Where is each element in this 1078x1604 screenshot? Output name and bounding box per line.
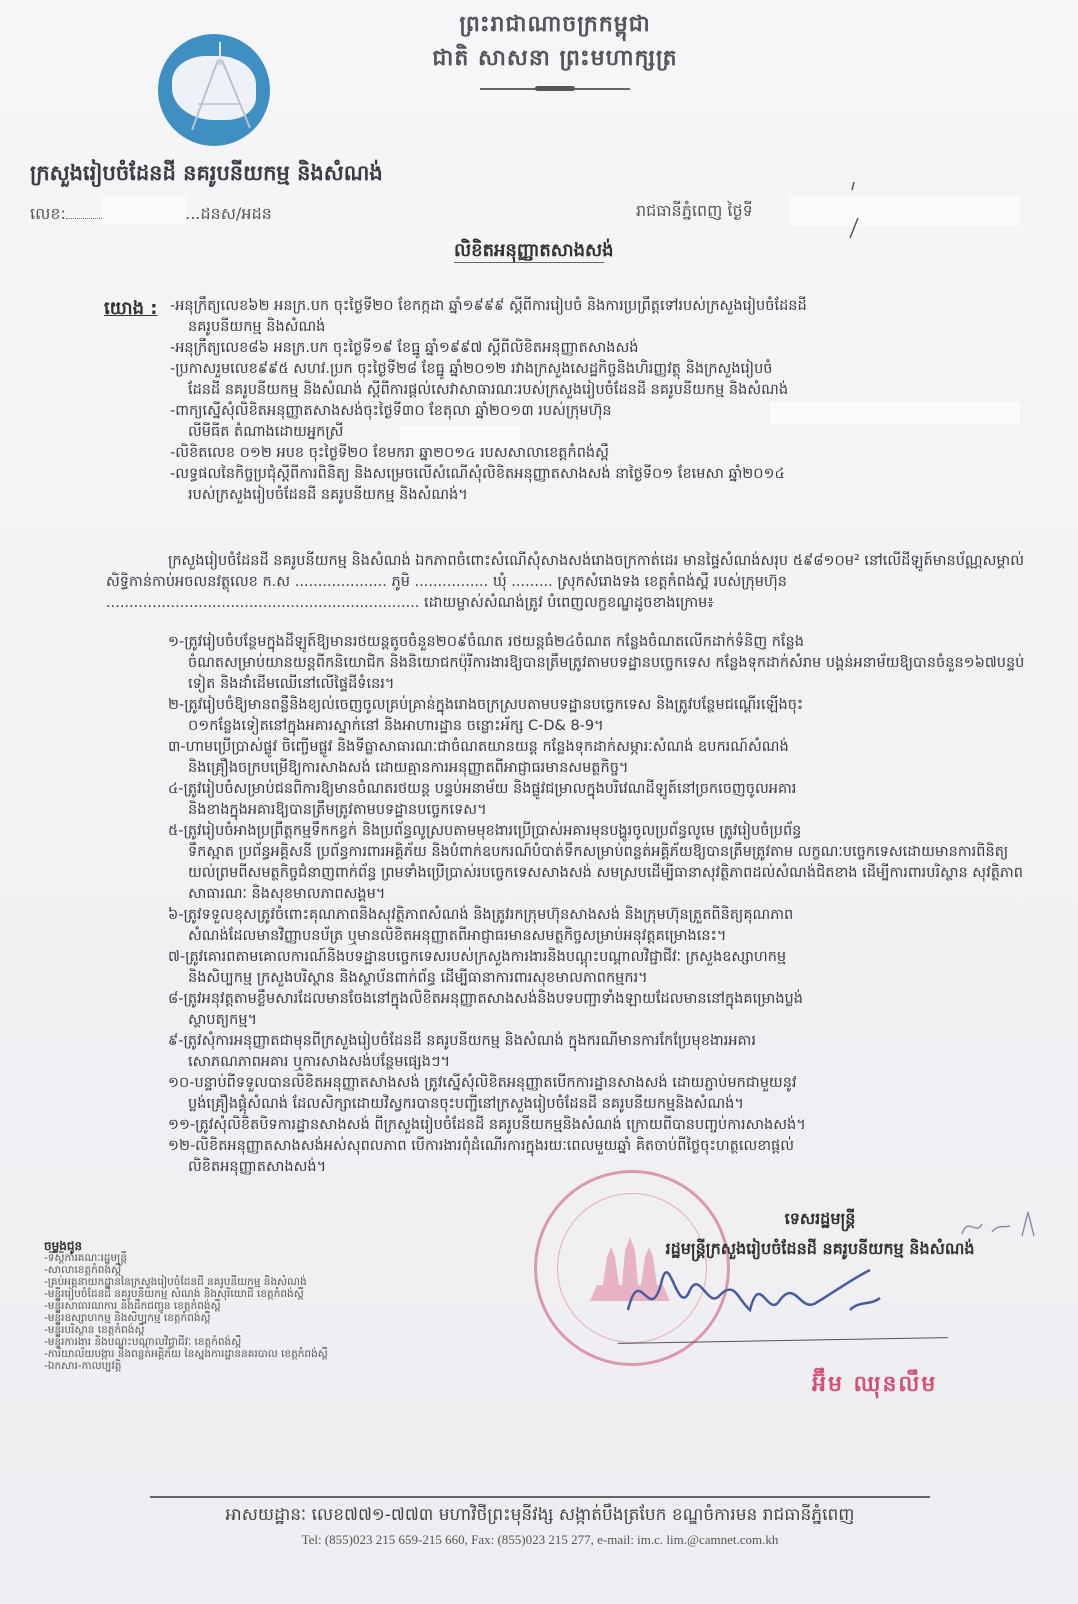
copy-to-item: -ការិយាល័យបង្ការ និងពន្លត់អគ្គិភ័យ នៃស្ន… <box>44 1348 328 1360</box>
copy-to-item: -ទីស្តីការគណៈរដ្ឋមន្ត្រី <box>44 1252 328 1264</box>
redacted-box <box>400 426 520 448</box>
copy-to-item: -គ្រប់អគ្គនាយកដ្ឋាននៃក្រសួងរៀបចំដែនដី នគ… <box>44 1276 328 1288</box>
condition-item: ៤-ត្រូវរៀបចំសម្រាប់ជនពិការឱ្យមានចំណតរថយន… <box>168 779 1030 821</box>
copy-to-item: -មន្ទីរបរិស្ថាន ខេត្តកំពង់ស្ពឺ <box>44 1324 328 1336</box>
condition-item: ១០-បន្ទាប់ពីទទួលបានលិខិតអនុញ្ញាតសាងសង់ ត… <box>168 1073 1030 1115</box>
redacted-box <box>790 196 1020 226</box>
reference-label: លេខ: <box>30 204 66 223</box>
reference-item: -ប្រកាសរួមលេខ៩៩៥ សហវ.ប្រក ចុះថ្ងៃទី២៨ ខែ… <box>170 359 1030 401</box>
copy-to-item: -ឯកសារ-កាលប្បវត្តិ <box>44 1360 328 1372</box>
handwritten-signature-icon <box>600 1240 920 1340</box>
copy-to-item: -មន្ទីរឧស្សាហកម្ម និងសិប្បកម្ម ខេត្តកំពង… <box>44 1312 328 1324</box>
copy-to-list: ចម្លងជូន -ទីស្តីការគណៈរដ្ឋមន្ត្រី -សាលាខ… <box>44 1240 328 1372</box>
condition-item: ២-ត្រូវរៀបចំឱ្យមានពន្លឺនិងខ្យល់ចេញចូលគ្រ… <box>168 695 1030 737</box>
copy-to-item: -សាលាខេត្តកំពង់ស្ពឺ <box>44 1264 328 1276</box>
copy-to-item: -មន្ទីររៀបចំដែនដី នគរូបនីយកម្ម សំណង់ និង… <box>44 1288 328 1300</box>
ministry-name: ក្រសួងរៀបចំដែនដី នគរូបនីយកម្ម និងសំណង់ <box>30 160 383 191</box>
condition-item: ៩-ត្រូវសុំការអនុញ្ញាតជាមុនពីក្រសួងរៀបចំដ… <box>168 1031 1030 1073</box>
title-underline <box>454 262 604 263</box>
footer-divider <box>150 1496 930 1498</box>
redacted-box <box>102 196 186 224</box>
ornament-divider <box>480 88 630 90</box>
ministry-logo-icon <box>158 34 270 146</box>
reference-item: -លទ្ធផលនៃកិច្ចប្រជុំស្តីពីការពិនិត្យ និង… <box>170 464 1030 506</box>
copy-to-item: -មន្ទីរការងារ និងបណ្តុះបណ្តាលវិជ្ជាជីវៈ … <box>44 1336 328 1348</box>
national-motto: ជាតិ សាសនា ព្រះមហាក្សត្រ <box>390 42 720 76</box>
redacted-box <box>770 402 1020 424</box>
condition-item: ១-ត្រូវរៀបចំបន្ថែមក្នុងដីឡូត៍ឱ្យមានរថយន្… <box>168 632 1030 695</box>
condition-item: ៥-ត្រូវរៀបចំអាងប្រព្រឹត្តកម្មទឹកកខ្វក់ ន… <box>168 821 1030 905</box>
condition-item: ៣-ហាមប្រើប្រាស់ផ្លូវ ចិញ្ចើមផ្លូវ និងទីធ… <box>168 737 1030 779</box>
condition-item: ៧-ត្រូវគោរពតាមគោលការណ៍និងបទដ្ឋានបច្ចេកទេ… <box>168 947 1030 989</box>
references-label: យោង : <box>104 296 157 323</box>
condition-item: ១២-លិខិតអនុញ្ញាតសាងសង់អស់សុពលភាព បើការងា… <box>168 1136 1030 1178</box>
footer-contact: Tel: (855)023 215 659-215 660, Fax: (855… <box>150 1532 930 1548</box>
condition-item: ៦-ត្រូវទទួលខុសត្រូវចំពោះគុណភាពនិងសុវត្ថិ… <box>168 905 1030 947</box>
reference-item: -អនុក្រឹត្យលេខ៦២ អនក្រ.បក ចុះថ្ងៃទី២០ ខែ… <box>170 296 1030 338</box>
signer-name: អ៊ឹម ឈុនលឹម <box>812 1370 937 1402</box>
pen-mark-icon <box>840 180 870 240</box>
place-date: រាជធានីភ្នំពេញ ថ្ងៃទី <box>636 200 753 224</box>
copy-to-item: -មន្ទីរសាធារណការ និងដឹកជញ្ជូន ខេត្តកំពង់… <box>44 1300 328 1312</box>
kingdom-title: ព្រះរាជាណាចក្រកម្ពុជា <box>390 8 720 42</box>
references-list: -អនុក្រឹត្យលេខ៦២ អនក្រ.បក ចុះថ្ងៃទី២០ ខែ… <box>170 296 1030 506</box>
main-paragraph: ក្រសួងរៀបចំដែនដី នគរូបនីយកម្ម និងសំណង់ ឯ… <box>106 551 1030 614</box>
condition-item: ១១-ត្រូវសុំលិខិតបិទការដ្ឋានសាងសង់ ពីក្រស… <box>168 1115 1030 1136</box>
national-heading: ព្រះរាជាណាចក្រកម្ពុជា ជាតិ សាសនា ព្រះមហា… <box>390 8 720 76</box>
conditions-list: ១-ត្រូវរៀបចំបន្ថែមក្នុងដីឡូត៍ឱ្យមានរថយន្… <box>168 632 1030 1178</box>
copy-to-title: ចម្លងជូន <box>44 1240 328 1252</box>
footer-address: អាសយដ្ឋានៈ លេខ៧៧១-៧៧៣ មហាវិថីព្រះមុនីវង្… <box>150 1504 930 1529</box>
condition-item: ៨-ត្រូវអនុវត្តតាមខ្លឹមសារដែលមានចែងនៅក្នុ… <box>168 989 1030 1031</box>
document-title: លិខិតអនុញ្ញាតសាងសង់ <box>454 238 614 265</box>
reference-item: -លិខិតលេខ ០១២ អបខ ចុះថ្ងៃទី២០ ខែមករា ឆ្ន… <box>170 443 1030 464</box>
initials-mark-icon <box>958 1206 1048 1246</box>
reference-item: -អនុក្រឹត្យលេខ៨៦ អនក្រ.បក ចុះថ្ងៃទី១៩ ខែ… <box>170 338 1030 359</box>
